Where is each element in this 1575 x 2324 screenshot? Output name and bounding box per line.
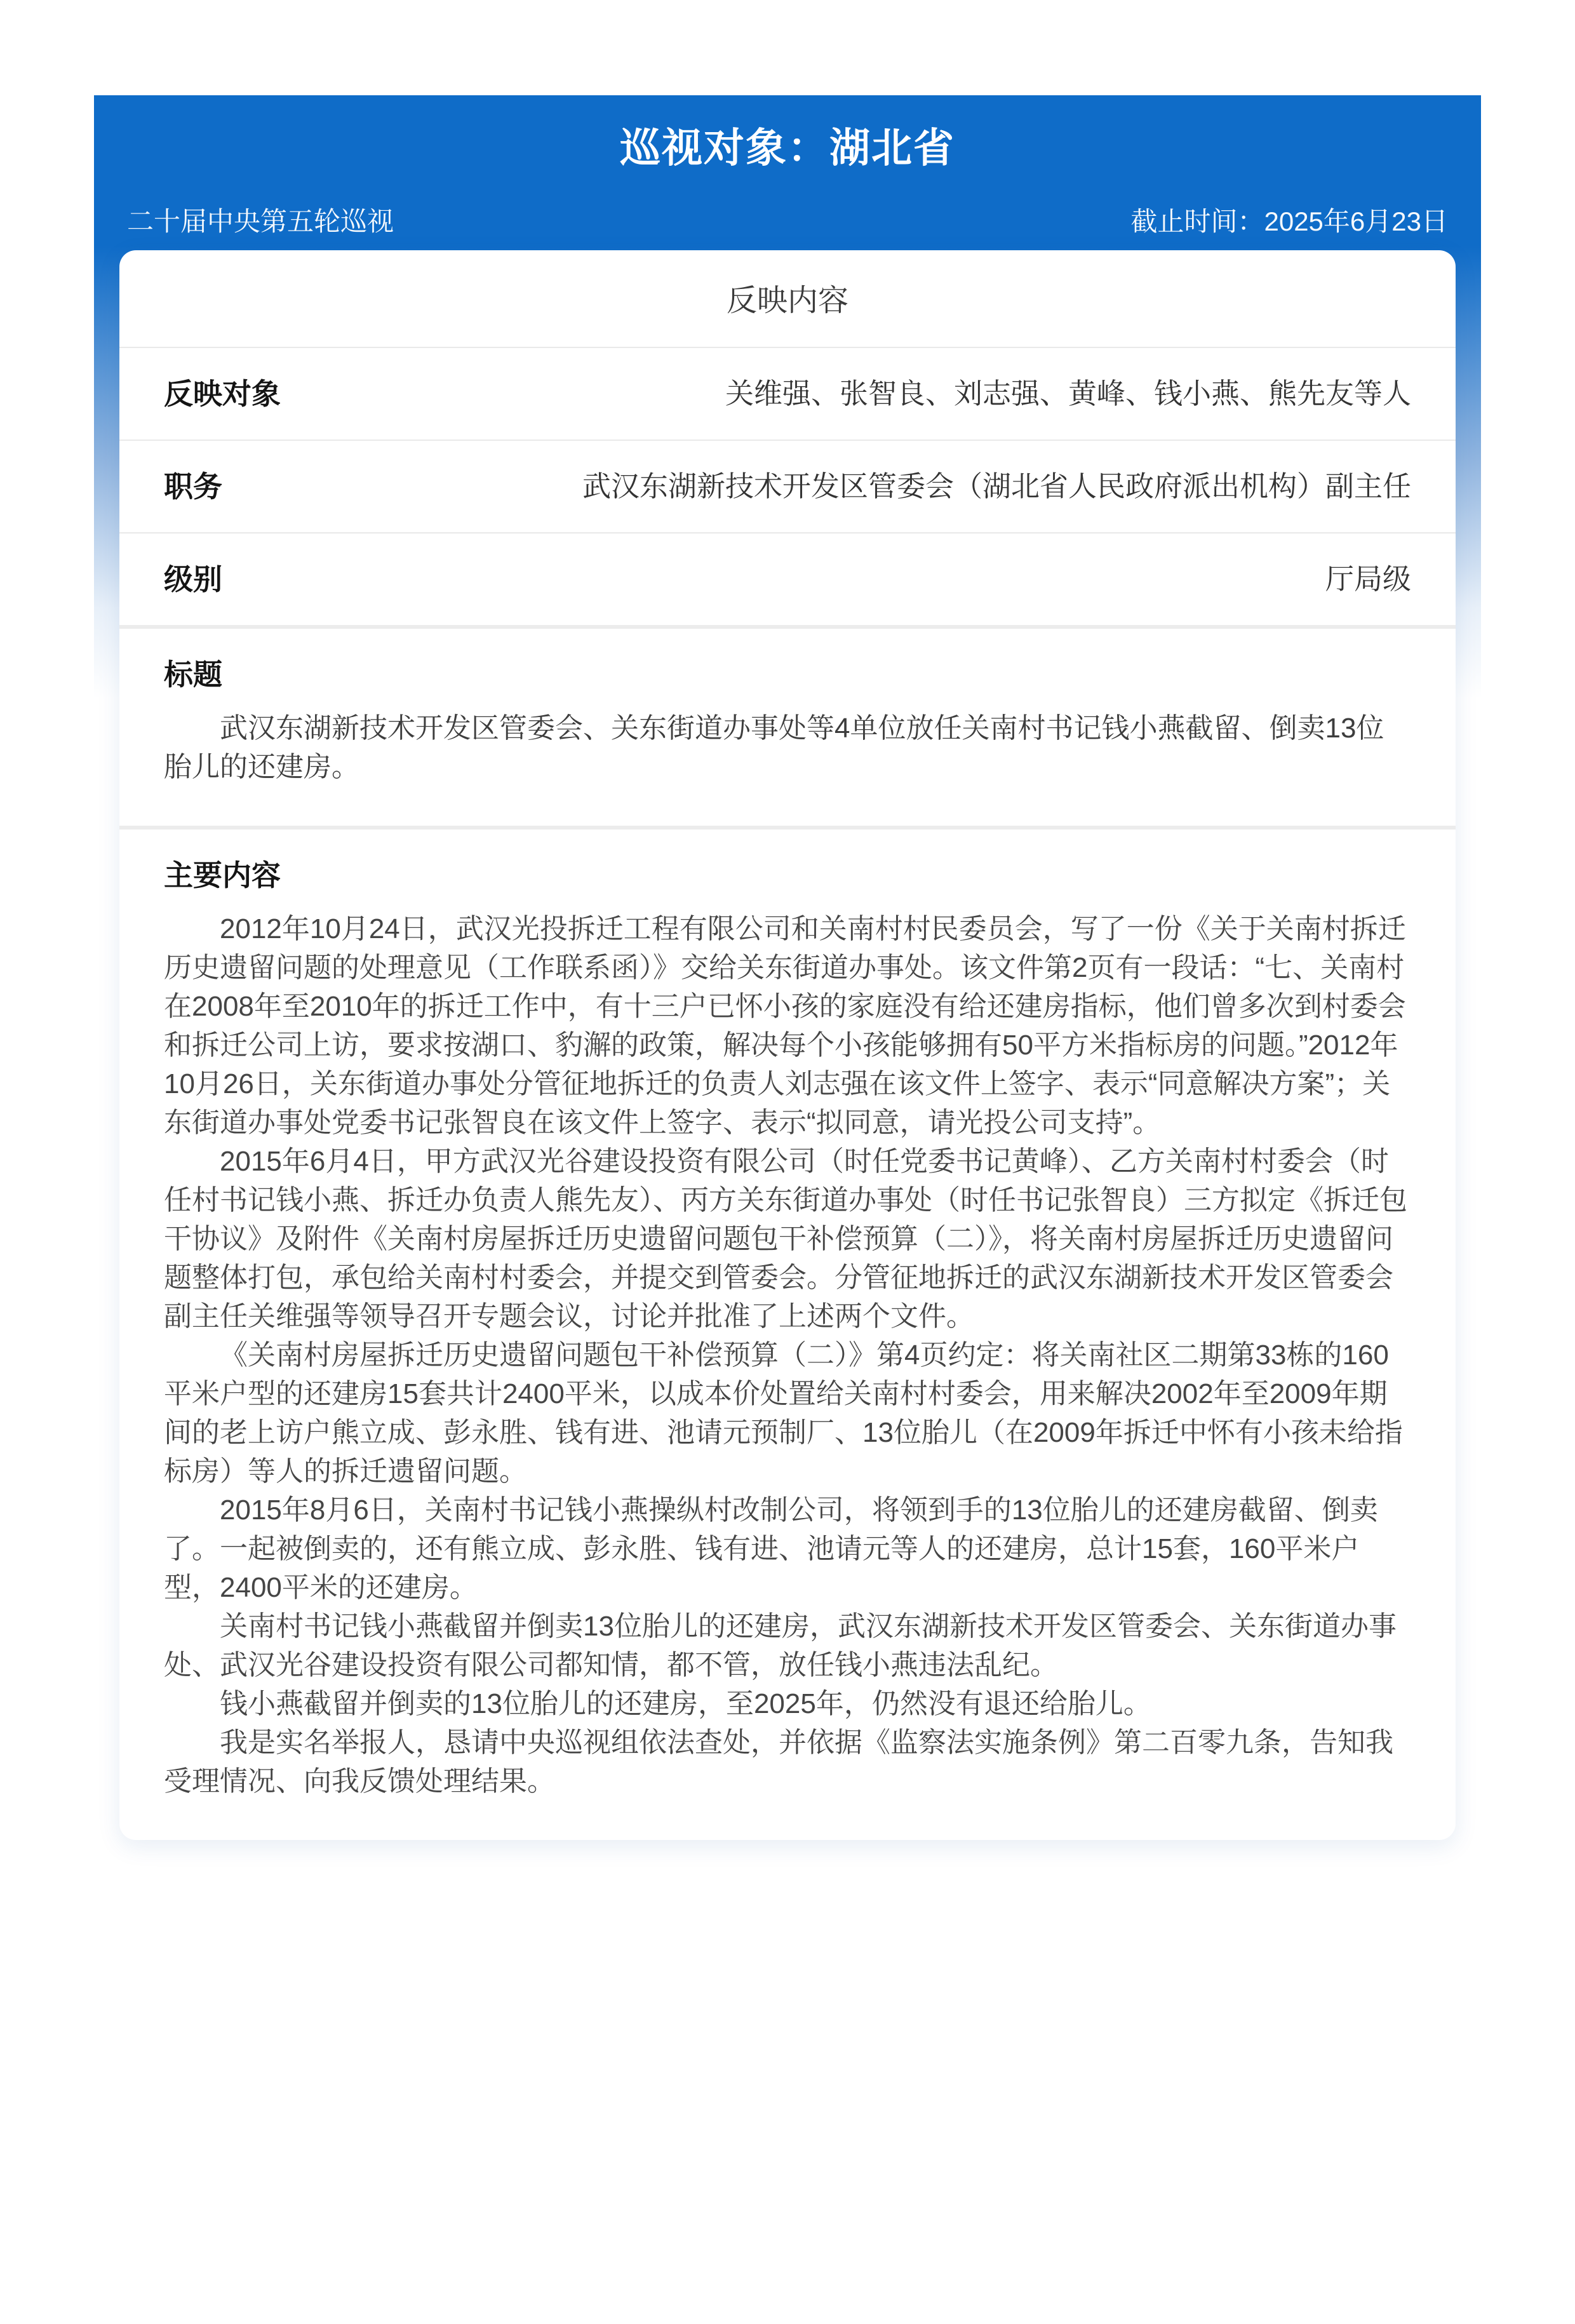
header-meta-row: 二十届中央第五轮巡视 截止时间：2025年6月23日 [94, 206, 1481, 238]
field-value: 武汉东湖新技术开发区管委会（湖北省人民政府派出机构）副主任 [253, 467, 1411, 506]
field-row-rank: 级别 厅局级 [119, 534, 1456, 625]
title-section: 标题 武汉东湖新技术开发区管委会、关东街道办事处等4单位放任关南村书记钱小燕截留… [119, 629, 1456, 826]
card-section-title: 反映内容 [119, 250, 1456, 347]
content-paragraph: 2012年10月24日，武汉光投拆迁工程有限公司和关南村村民委员会，写了一份《关… [164, 910, 1411, 1142]
page-title: 巡视对象：湖北省 [94, 95, 1481, 171]
inspection-round-label: 二十届中央第五轮巡视 [127, 206, 394, 238]
main-content-section: 主要内容 2012年10月24日，武汉光投拆迁工程有限公司和关南村村民委员会，写… [119, 830, 1456, 1840]
report-card: 反映内容 反映对象 关维强、张智良、刘志强、黄峰、钱小燕、熊先友等人 职务 武汉… [119, 250, 1456, 1840]
content-paragraph: 我是实名举报人，恳请中央巡视组依法查处，并依据《监察法实施条例》第二百零九条，告… [164, 1723, 1411, 1801]
main-content-body: 2012年10月24日，武汉光投拆迁工程有限公司和关南村村民委员会，写了一份《关… [164, 910, 1411, 1801]
field-row-subjects: 反映对象 关维强、张智良、刘志强、黄峰、钱小燕、熊先友等人 [119, 348, 1456, 440]
field-value: 关维强、张智良、刘志强、黄峰、钱小燕、熊先友等人 [311, 375, 1411, 413]
content-paragraph: 钱小燕截留并倒卖的13位胎儿的还建房，至2025年，仍然没有退还给胎儿。 [164, 1684, 1411, 1723]
field-label: 反映对象 [164, 375, 281, 412]
main-content-heading: 主要内容 [164, 857, 1411, 893]
field-label: 级别 [164, 561, 222, 598]
title-section-heading: 标题 [164, 657, 1411, 692]
deadline-label: 截止时间：2025年6月23日 [1130, 206, 1448, 238]
content-paragraph: 关南村书记钱小燕截留并倒卖13位胎儿的还建房，武汉东湖新技术开发区管委会、关东街… [164, 1607, 1411, 1684]
inspection-page: 巡视对象：湖北省 二十届中央第五轮巡视 截止时间：2025年6月23日 反映内容… [94, 95, 1481, 1840]
content-paragraph: 2015年6月4日，甲方武汉光谷建设投资有限公司（时任党委书记黄峰）、乙方关南村… [164, 1142, 1411, 1336]
field-label: 职务 [164, 468, 222, 505]
content-paragraph: 《关南村房屋拆迁历史遗留问题包干补偿预算（二）》第4页约定：将关南社区二期第33… [164, 1336, 1411, 1491]
field-row-position: 职务 武汉东湖新技术开发区管委会（湖北省人民政府派出机构）副主任 [119, 441, 1456, 532]
title-section-text: 武汉东湖新技术开发区管委会、关东街道办事处等4单位放任关南村书记钱小燕截留、倒卖… [164, 709, 1411, 786]
content-paragraph: 2015年8月6日，关南村书记钱小燕操纵村改制公司，将领到手的13位胎儿的还建房… [164, 1491, 1411, 1607]
field-value: 厅局级 [253, 560, 1411, 598]
